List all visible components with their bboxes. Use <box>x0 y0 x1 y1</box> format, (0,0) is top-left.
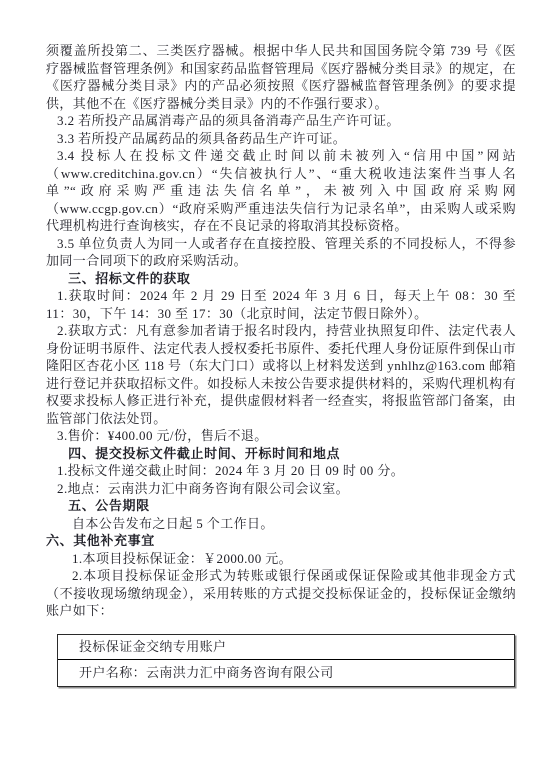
item-obtain-time: 1.获取时间：2024 年 2 月 29 日至 2024 年 3 月 6 日，每… <box>46 287 516 322</box>
item-submission-deadline: 1.投标文件递交截止时间：2024 年 3 月 20 日 09 时 00 分。 <box>46 462 516 480</box>
table-row-account-title: 投标保证金交纳专用账户 <box>58 635 514 660</box>
item-3-3-drug-license: 3.3 若所投产品属药品的须具备药品生产许可证。 <box>46 130 516 148</box>
para-announcement-period: 自本公告发布之日起 5 个工作日。 <box>46 515 516 533</box>
item-bid-bond-amount: 1.本项目投标保证金：￥2000.00 元。 <box>46 550 516 568</box>
section-3-heading: 三、招标文件的获取 <box>46 270 516 288</box>
table-row-account-name: 开户名称：云南洪力汇中商务咨询有限公司 <box>58 660 514 686</box>
document-page: 须覆盖所投第二、三类医疗器械。根据中华人民共和国国务院令第 739 号《医疗器械… <box>0 0 553 782</box>
item-3-5-same-person: 3.5 单位负责人为同一人或者存在直接控股、管理关系的不同投标人，不得参加同一合… <box>46 235 516 270</box>
para-medical-device-continuation: 须覆盖所投第二、三类医疗器械。根据中华人民共和国国务院令第 739 号《医疗器械… <box>46 42 516 112</box>
item-obtain-method: 2.获取方式：凡有意参加者请于报名时段内，持营业执照复印件、法定代表人身份证明书… <box>46 322 516 427</box>
section-6-heading: 六、其他补充事宜 <box>46 532 516 550</box>
item-3-4-credit-china: 3.4 投标人在投标文件递交截止时间以前未被列入“信用中国”网站（www.cre… <box>46 147 516 235</box>
item-price: 3.售价：¥400.00 元/份，售后不退。 <box>46 427 516 445</box>
deposit-account-table: 投标保证金交纳专用账户 开户名称：云南洪力汇中商务咨询有限公司 <box>57 634 515 687</box>
item-location: 2.地点：云南洪力汇中商务咨询有限公司会议室。 <box>46 480 516 498</box>
section-5-heading: 五、公告期限 <box>46 497 516 515</box>
section-4-heading: 四、提交投标文件截止时间、开标时间和地点 <box>46 445 516 463</box>
item-3-2-disinfection-license: 3.2 若所投产品属消毒产品的须具备消毒产品生产许可证。 <box>46 112 516 130</box>
item-bid-bond-form: 2.本项目投标保证金形式为转账或银行保函或保证保险或其他非现金方式（不接收现场缴… <box>46 567 516 620</box>
